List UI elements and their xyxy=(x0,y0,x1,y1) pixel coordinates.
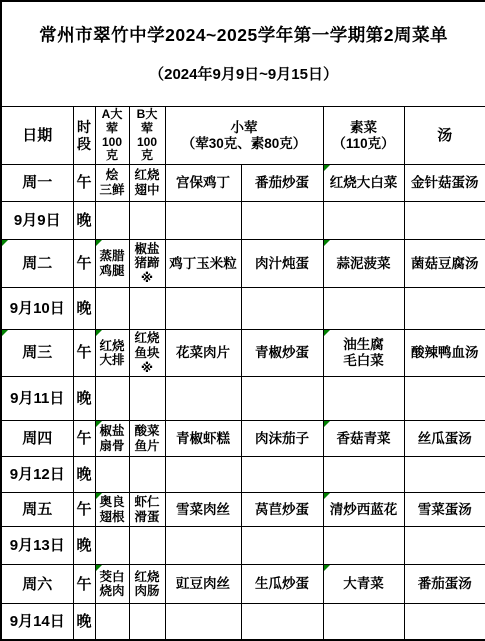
period-cell-lunch: 午 xyxy=(73,165,95,202)
period-cell-lunch: 午 xyxy=(73,240,95,288)
dish-cell-veg-empty xyxy=(323,377,404,421)
lunch-row: 周二午蒸腊 鸡腿椒盐 猪蹄 ※鸡丁玉米粒肉汁炖蛋蒜泥菠菜菌菇豆腐汤 xyxy=(1,240,485,288)
period-cell-dinner: 晚 xyxy=(73,527,95,565)
lunch-row: 周六午茭白 烧肉红烧 肉肠豇豆肉丝生瓜炒蛋大青菜番茄蛋汤 xyxy=(1,565,485,604)
dish-cell-meat-b: 红烧 翅中 xyxy=(129,165,165,202)
cell-corner-marker-icon xyxy=(324,565,330,571)
dish-cell-soup: 雪菜蛋汤 xyxy=(404,493,485,527)
dish-cell-veg: 大青菜 xyxy=(323,565,404,604)
dish-cell-small-a: 花菜肉片 xyxy=(165,330,241,377)
dish-cell-small-a: 鸡丁玉米粒 xyxy=(165,240,241,288)
title-line-2: （2024年9月9日~9月15日） xyxy=(2,66,485,84)
dish-cell-soup-empty xyxy=(404,457,485,493)
dinner-row: 9月10日晚 xyxy=(1,288,485,330)
day-cell: 周六 xyxy=(1,565,73,604)
dish-cell-soup: 金针菇蛋汤 xyxy=(404,165,485,202)
day-cell: 周四 xyxy=(1,421,73,457)
dish-cell-meat-a: 椒盐 扇骨 xyxy=(95,421,129,457)
day-cell: 周三 xyxy=(1,330,73,377)
dish-cell-meat-a-empty xyxy=(95,457,129,493)
dish-cell-veg: 红烧大白菜 xyxy=(323,165,404,202)
dish-cell-small-b-empty xyxy=(241,457,323,493)
dish-cell-meat-b-empty xyxy=(129,288,165,330)
cell-corner-marker-icon xyxy=(324,165,330,171)
dinner-row: 9月9日晚 xyxy=(1,202,485,240)
dish-cell-small-b: 肉汁炖蛋 xyxy=(241,240,323,288)
title-row: 常州市翠竹中学2024~2025学年第一学期第2周菜单 （2024年9月9日~9… xyxy=(1,1,485,106)
cell-corner-marker-icon xyxy=(96,493,102,499)
header-row: 日期 时段 A大 荤 100 克 B大 荤 100 克 小荤 （荤30克、素80… xyxy=(1,106,485,164)
date-cell: 9月12日 xyxy=(1,457,73,493)
dish-cell-veg-empty xyxy=(323,457,404,493)
dish-cell-small-b: 青椒炒蛋 xyxy=(241,330,323,377)
dish-cell-soup-empty xyxy=(404,527,485,565)
period-cell-lunch: 午 xyxy=(73,330,95,377)
cell-corner-marker-icon xyxy=(96,421,102,427)
dish-cell-soup: 菌菇豆腐汤 xyxy=(404,240,485,288)
dish-cell-meat-a-empty xyxy=(95,527,129,565)
dish-cell-soup-empty xyxy=(404,604,485,640)
cell-corner-marker-icon xyxy=(2,330,8,336)
dish-cell-small-b: 番茄炒蛋 xyxy=(241,165,323,202)
dish-cell-soup: 番茄蛋汤 xyxy=(404,565,485,604)
dish-cell-meat-b: 虾仁 滑蛋 xyxy=(129,493,165,527)
dish-cell-meat-a: 烩 三鲜 xyxy=(95,165,129,202)
dish-cell-meat-b-empty xyxy=(129,457,165,493)
dinner-row: 9月11日晚 xyxy=(1,377,485,421)
dish-cell-meat-a: 蒸腊 鸡腿 xyxy=(95,240,129,288)
period-cell-dinner: 晚 xyxy=(73,377,95,421)
header-soup: 汤 xyxy=(404,106,485,164)
header-meat-a: A大 荤 100 克 xyxy=(95,106,129,164)
cell-corner-marker-icon xyxy=(96,240,102,246)
dish-cell-small-a-empty xyxy=(165,288,241,330)
dish-cell-small-a: 宫保鸡丁 xyxy=(165,165,241,202)
dish-cell-meat-a: 茭白 烧肉 xyxy=(95,565,129,604)
cell-corner-marker-icon xyxy=(96,330,102,336)
dish-cell-veg-empty xyxy=(323,604,404,640)
page-title: 常州市翠竹中学2024~2025学年第一学期第2周菜单 （2024年9月9日~9… xyxy=(1,1,485,106)
dinner-row: 9月14日晚 xyxy=(1,604,485,640)
lunch-row: 周一午烩 三鲜红烧 翅中宫保鸡丁番茄炒蛋红烧大白菜金针菇蛋汤 xyxy=(1,165,485,202)
cell-corner-marker-icon xyxy=(324,421,330,427)
dish-cell-meat-b-empty xyxy=(129,604,165,640)
dish-cell-soup-empty xyxy=(404,288,485,330)
day-cell: 周五 xyxy=(1,493,73,527)
dish-cell-small-b: 生瓜炒蛋 xyxy=(241,565,323,604)
date-cell: 9月11日 xyxy=(1,377,73,421)
dish-cell-veg: 香菇青菜 xyxy=(323,421,404,457)
dish-cell-veg: 油生腐 毛白菜 xyxy=(323,330,404,377)
dish-cell-meat-b: 红烧 鱼块 ※ xyxy=(129,330,165,377)
title-line-1: 常州市翠竹中学2024~2025学年第一学期第2周菜单 xyxy=(2,25,485,46)
cell-corner-marker-icon xyxy=(324,240,330,246)
dish-cell-small-a: 雪菜肉丝 xyxy=(165,493,241,527)
dish-cell-meat-a-empty xyxy=(95,604,129,640)
cell-corner-marker-icon xyxy=(96,565,102,571)
dish-cell-veg: 蒜泥菠菜 xyxy=(323,240,404,288)
dish-cell-veg-empty xyxy=(323,202,404,240)
date-cell: 9月9日 xyxy=(1,202,73,240)
lunch-row: 周五午奥良 翅根虾仁 滑蛋雪菜肉丝莴苣炒蛋清炒西蓝花雪菜蛋汤 xyxy=(1,493,485,527)
dish-cell-small-a-empty xyxy=(165,604,241,640)
dish-cell-small-a-empty xyxy=(165,377,241,421)
dish-cell-meat-b: 椒盐 猪蹄 ※ xyxy=(129,240,165,288)
period-cell-lunch: 午 xyxy=(73,421,95,457)
day-cell: 周一 xyxy=(1,165,73,202)
dish-cell-small-a: 青椒虾糕 xyxy=(165,421,241,457)
dish-cell-meat-b-empty xyxy=(129,202,165,240)
date-cell: 9月14日 xyxy=(1,604,73,640)
period-cell-dinner: 晚 xyxy=(73,202,95,240)
dish-cell-small-a-empty xyxy=(165,457,241,493)
dinner-row: 9月13日晚 xyxy=(1,527,485,565)
dish-cell-meat-a-empty xyxy=(95,202,129,240)
menu-table: 常州市翠竹中学2024~2025学年第一学期第2周菜单 （2024年9月9日~9… xyxy=(0,0,485,641)
dish-cell-veg: 清炒西蓝花 xyxy=(323,493,404,527)
date-cell: 9月13日 xyxy=(1,527,73,565)
dish-cell-meat-b-empty xyxy=(129,377,165,421)
dish-cell-small-b-empty xyxy=(241,377,323,421)
period-cell-lunch: 午 xyxy=(73,493,95,527)
dish-cell-veg-empty xyxy=(323,288,404,330)
dish-cell-small-b: 莴苣炒蛋 xyxy=(241,493,323,527)
dish-cell-soup-empty xyxy=(404,377,485,421)
header-vegetable: 素菜 （110克） xyxy=(323,106,404,164)
dish-cell-meat-b: 红烧 肉肠 xyxy=(129,565,165,604)
dish-cell-small-b-empty xyxy=(241,604,323,640)
dish-cell-small-b-empty xyxy=(241,202,323,240)
lunch-row: 周三午红烧 大排红烧 鱼块 ※花菜肉片青椒炒蛋油生腐 毛白菜酸辣鸭血汤 xyxy=(1,330,485,377)
dish-cell-soup: 丝瓜蛋汤 xyxy=(404,421,485,457)
dish-cell-soup-empty xyxy=(404,202,485,240)
header-period: 时段 xyxy=(73,106,95,164)
dish-cell-veg-empty xyxy=(323,527,404,565)
cell-corner-marker-icon xyxy=(2,240,8,246)
dinner-row: 9月12日晚 xyxy=(1,457,485,493)
period-cell-lunch: 午 xyxy=(73,565,95,604)
dish-cell-meat-a: 奥良 翅根 xyxy=(95,493,129,527)
period-cell-dinner: 晚 xyxy=(73,288,95,330)
date-cell: 9月10日 xyxy=(1,288,73,330)
dish-cell-meat-a-empty xyxy=(95,288,129,330)
header-meat-b: B大 荤 100 克 xyxy=(129,106,165,164)
dish-cell-small-a-empty xyxy=(165,202,241,240)
dish-cell-soup: 酸辣鸭血汤 xyxy=(404,330,485,377)
day-cell: 周二 xyxy=(1,240,73,288)
dish-cell-meat-a: 红烧 大排 xyxy=(95,330,129,377)
dish-cell-small-a-empty xyxy=(165,527,241,565)
period-cell-dinner: 晚 xyxy=(73,457,95,493)
dish-cell-small-a: 豇豆肉丝 xyxy=(165,565,241,604)
dish-cell-meat-b-empty xyxy=(129,527,165,565)
header-date: 日期 xyxy=(1,106,73,164)
header-small-meat: 小荤 （荤30克、素80克） xyxy=(165,106,323,164)
dish-cell-small-b: 肉沫茄子 xyxy=(241,421,323,457)
cell-corner-marker-icon xyxy=(324,330,330,336)
dish-cell-meat-a-empty xyxy=(95,377,129,421)
dish-cell-small-b-empty xyxy=(241,288,323,330)
dish-cell-meat-b: 酸菜 鱼片 xyxy=(129,421,165,457)
period-cell-dinner: 晚 xyxy=(73,604,95,640)
cell-corner-marker-icon xyxy=(324,493,330,499)
lunch-row: 周四午椒盐 扇骨酸菜 鱼片青椒虾糕肉沫茄子香菇青菜丝瓜蛋汤 xyxy=(1,421,485,457)
dish-cell-small-b-empty xyxy=(241,527,323,565)
